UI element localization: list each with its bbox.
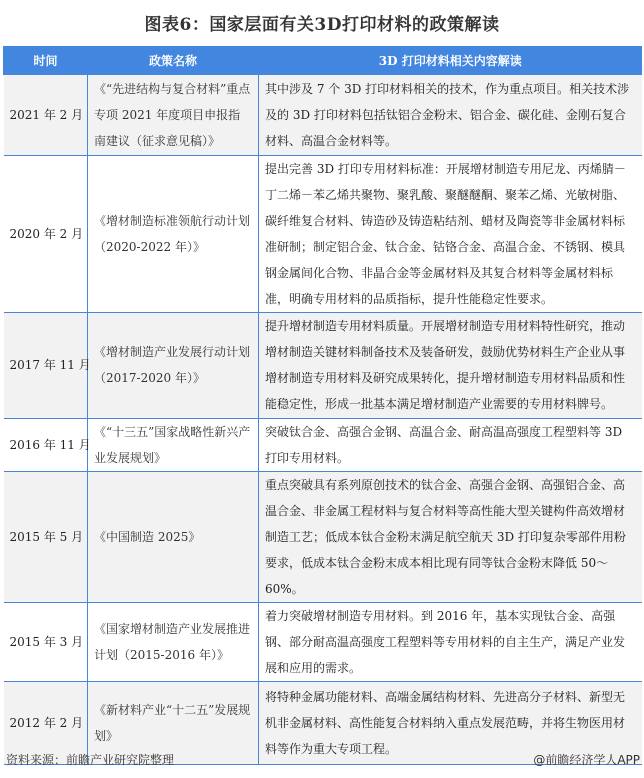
- row-content: 突破钛合金、高强合金钢、高温合金、耐高温高强度工程塑料等 3D 打印专用材料。: [259, 418, 642, 471]
- row-content: 提升增材制造专用材料质量。开展增材制造专用材料特性研究，推动增材制造关键材料制备…: [259, 312, 642, 418]
- row-policy-name: 《增材制造产业发展行动计划（2017-2020 年）》: [88, 312, 259, 418]
- table-row: 2017 年 11 月 《增材制造产业发展行动计划（2017-2020 年）》 …: [4, 312, 642, 418]
- table-header-row: 时间 政策名称 3D 打印材料相关内容解读: [4, 46, 642, 75]
- row-content: 着力突破增材制造专用材料。到 2016 年，基本实现钛合金、高强钢、部分耐高温高…: [259, 602, 642, 681]
- row-policy-name: 《国家增材制造产业发展推进计划（2015-2016 年）》: [88, 602, 259, 681]
- row-date: 2021 年 2 月: [4, 75, 88, 155]
- row-content: 提出完善 3D 打印专用材料标准：开展增材制造专用尼龙、丙烯腈－丁二烯－苯乙烯共…: [259, 155, 642, 312]
- table-row: 2015 年 5 月 《中国制造 2025》 重点突破具有系列原创技术的钛合金、…: [4, 471, 642, 602]
- table-row: 2021 年 2 月 《“先进结构与复合材料”重点专项 2021 年度项目申报指…: [4, 75, 642, 155]
- header-policy-name: 政策名称: [88, 46, 259, 75]
- row-date: 2017 年 11 月: [4, 312, 88, 418]
- row-date: 2015 年 5 月: [4, 471, 88, 602]
- row-policy-name: 《增材制造标准领航行动计划（2020-2022 年）》: [88, 155, 259, 312]
- row-date: 2016 年 11 月: [4, 418, 88, 471]
- row-date: 2015 年 3 月: [4, 602, 88, 681]
- header-date: 时间: [4, 46, 88, 75]
- header-content: 3D 打印材料相关内容解读: [259, 46, 642, 75]
- row-policy-name: 《“先进结构与复合材料”重点专项 2021 年度项目申报指南建议（征求意见稿）》: [88, 75, 259, 155]
- source-note: 资料来源：前瞻产业研究院整理: [6, 751, 174, 768]
- table-row: 2015 年 3 月 《国家增材制造产业发展推进计划（2015-2016 年）》…: [4, 602, 642, 681]
- page-title: 图表6：国家层面有关3D打印材料的政策解读: [0, 10, 644, 35]
- row-policy-name: 《“十三五”国家战略性新兴产业发展规划》: [88, 418, 259, 471]
- row-content: 重点突破具有系列原创技术的钛合金、高强合金钢、高强铝合金、高温合金、非金属工程材…: [259, 471, 642, 602]
- row-policy-name: 《中国制造 2025》: [88, 471, 259, 602]
- table-row: 2016 年 11 月 《“十三五”国家战略性新兴产业发展规划》 突破钛合金、高…: [4, 418, 642, 471]
- row-date: 2020 年 2 月: [4, 155, 88, 312]
- table-row: 2020 年 2 月 《增材制造标准领航行动计划（2020-2022 年）》 提…: [4, 155, 642, 312]
- credit-note: @前瞻经济学人APP: [533, 751, 640, 768]
- policy-table: 时间 政策名称 3D 打印材料相关内容解读 2021 年 2 月 《“先进结构与…: [3, 46, 642, 765]
- row-content: 其中涉及 7 个 3D 打印材料相关的技术，作为重点项目。相关技术涉及的 3D …: [259, 75, 642, 155]
